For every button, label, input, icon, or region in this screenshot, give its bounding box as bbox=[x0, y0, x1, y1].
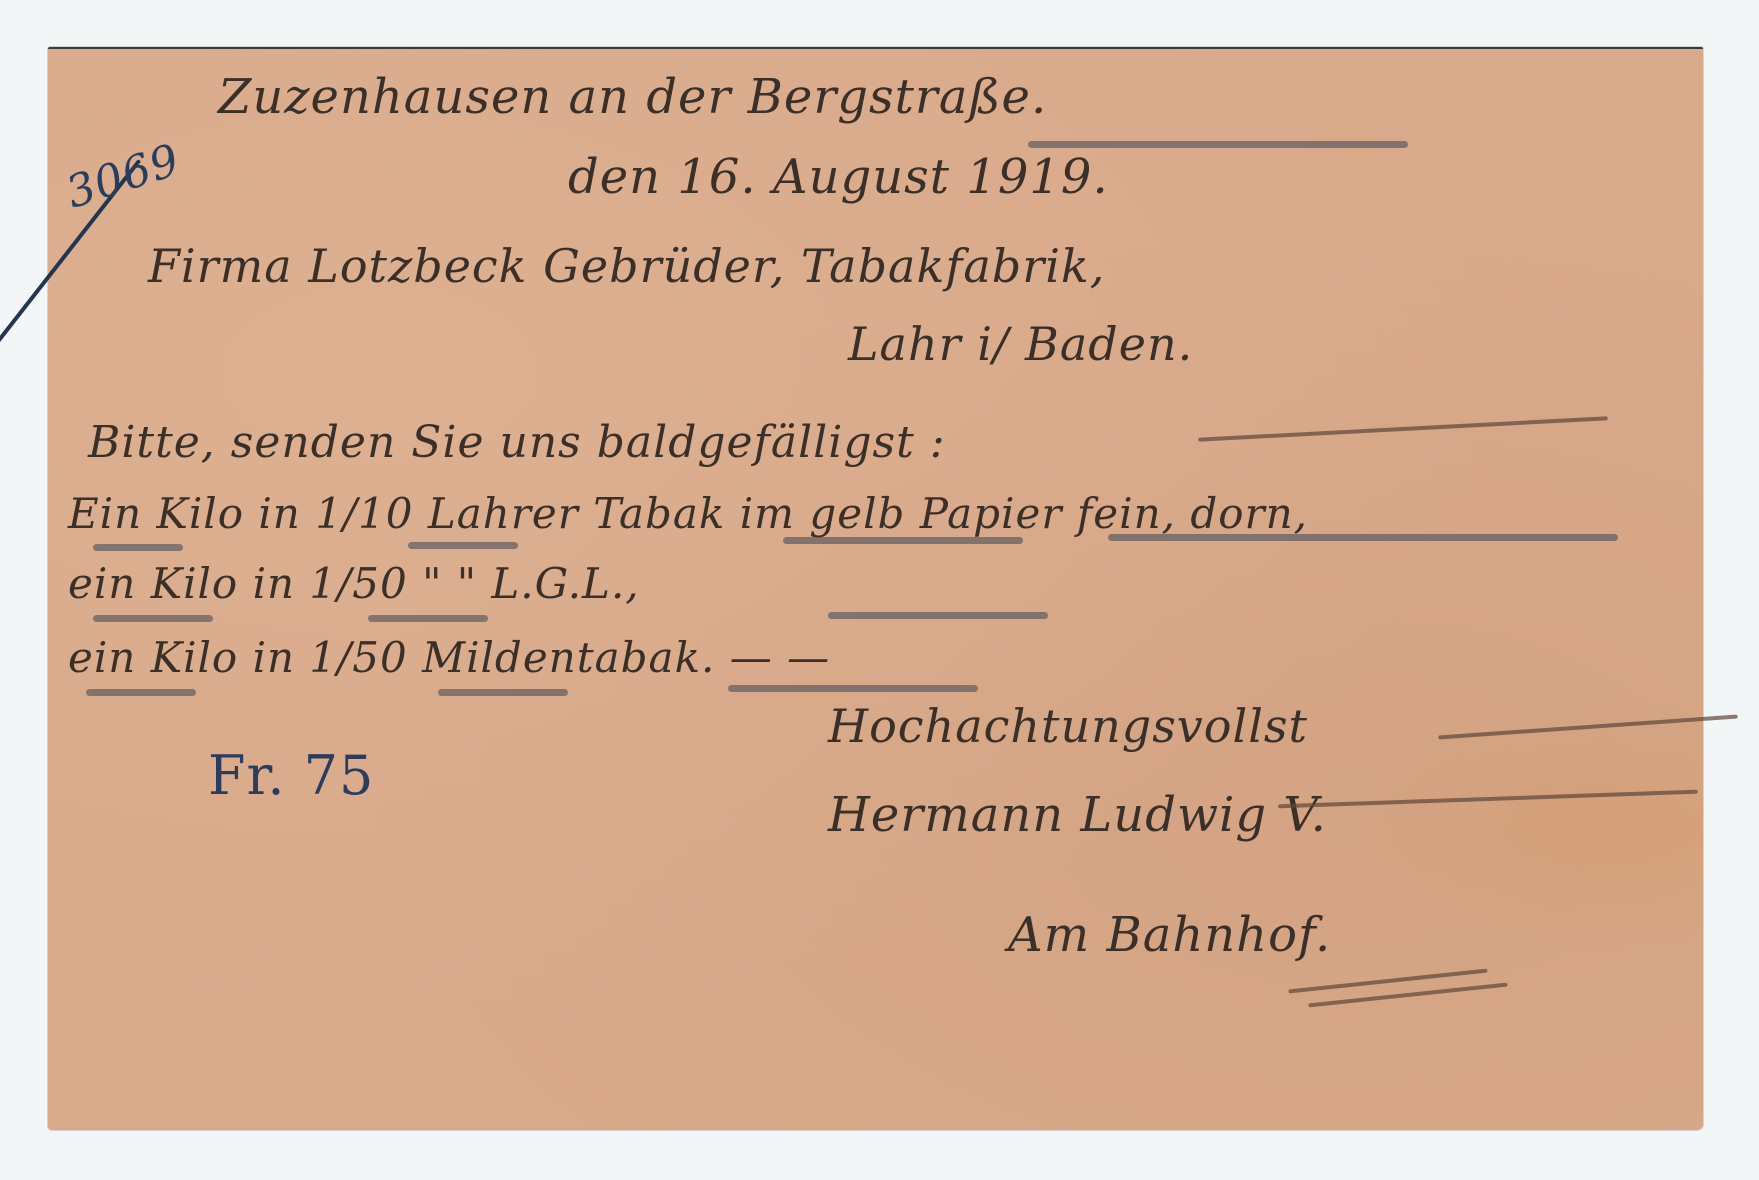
closing-signature: Hermann Ludwig V. bbox=[828, 787, 1327, 843]
postcard: 3069 Zuzenhausen an der Bergstraße. den … bbox=[48, 47, 1703, 1130]
pencil-underline bbox=[86, 689, 196, 696]
pencil-underline bbox=[728, 685, 978, 692]
reference-number: 3069 bbox=[60, 134, 186, 218]
pencil-underline bbox=[438, 689, 568, 696]
closing-extra: Am Bahnhof. bbox=[1008, 907, 1331, 963]
ink-stroke bbox=[1198, 416, 1608, 441]
closing-salutation: Hochachtungsvollst bbox=[828, 699, 1308, 753]
addressee-line-2: Lahr i/ Baden. bbox=[848, 317, 1193, 371]
order-item-3: ein Kilo in 1/50 Mildentabak. — — bbox=[68, 633, 830, 682]
order-item-1: Ein Kilo in 1/10 Lahrer Tabak im gelb Pa… bbox=[68, 489, 1308, 538]
ink-stroke bbox=[1278, 790, 1698, 809]
order-item-2: ein Kilo in 1/50 " " L.G.L., bbox=[68, 559, 640, 608]
header-place: Zuzenhausen an der Bergstraße. bbox=[218, 69, 1047, 125]
request-line: Bitte, senden Sie uns baldgefälligst : bbox=[88, 417, 946, 468]
pencil-underline bbox=[93, 544, 183, 551]
addressee-line-1: Firma Lotzbeck Gebrüder, Tabakfabrik, bbox=[148, 239, 1105, 293]
header-date: den 16. August 1919. bbox=[568, 149, 1109, 205]
pencil-underline bbox=[1028, 141, 1408, 148]
price-note: Fr. 75 bbox=[208, 744, 374, 807]
pencil-underline bbox=[408, 542, 518, 549]
pencil-underline bbox=[1108, 534, 1618, 541]
pencil-underline bbox=[368, 615, 488, 622]
pencil-underline bbox=[783, 537, 1023, 544]
pencil-underline bbox=[93, 615, 213, 622]
pencil-underline bbox=[828, 612, 1048, 619]
ink-stroke bbox=[1438, 715, 1738, 740]
